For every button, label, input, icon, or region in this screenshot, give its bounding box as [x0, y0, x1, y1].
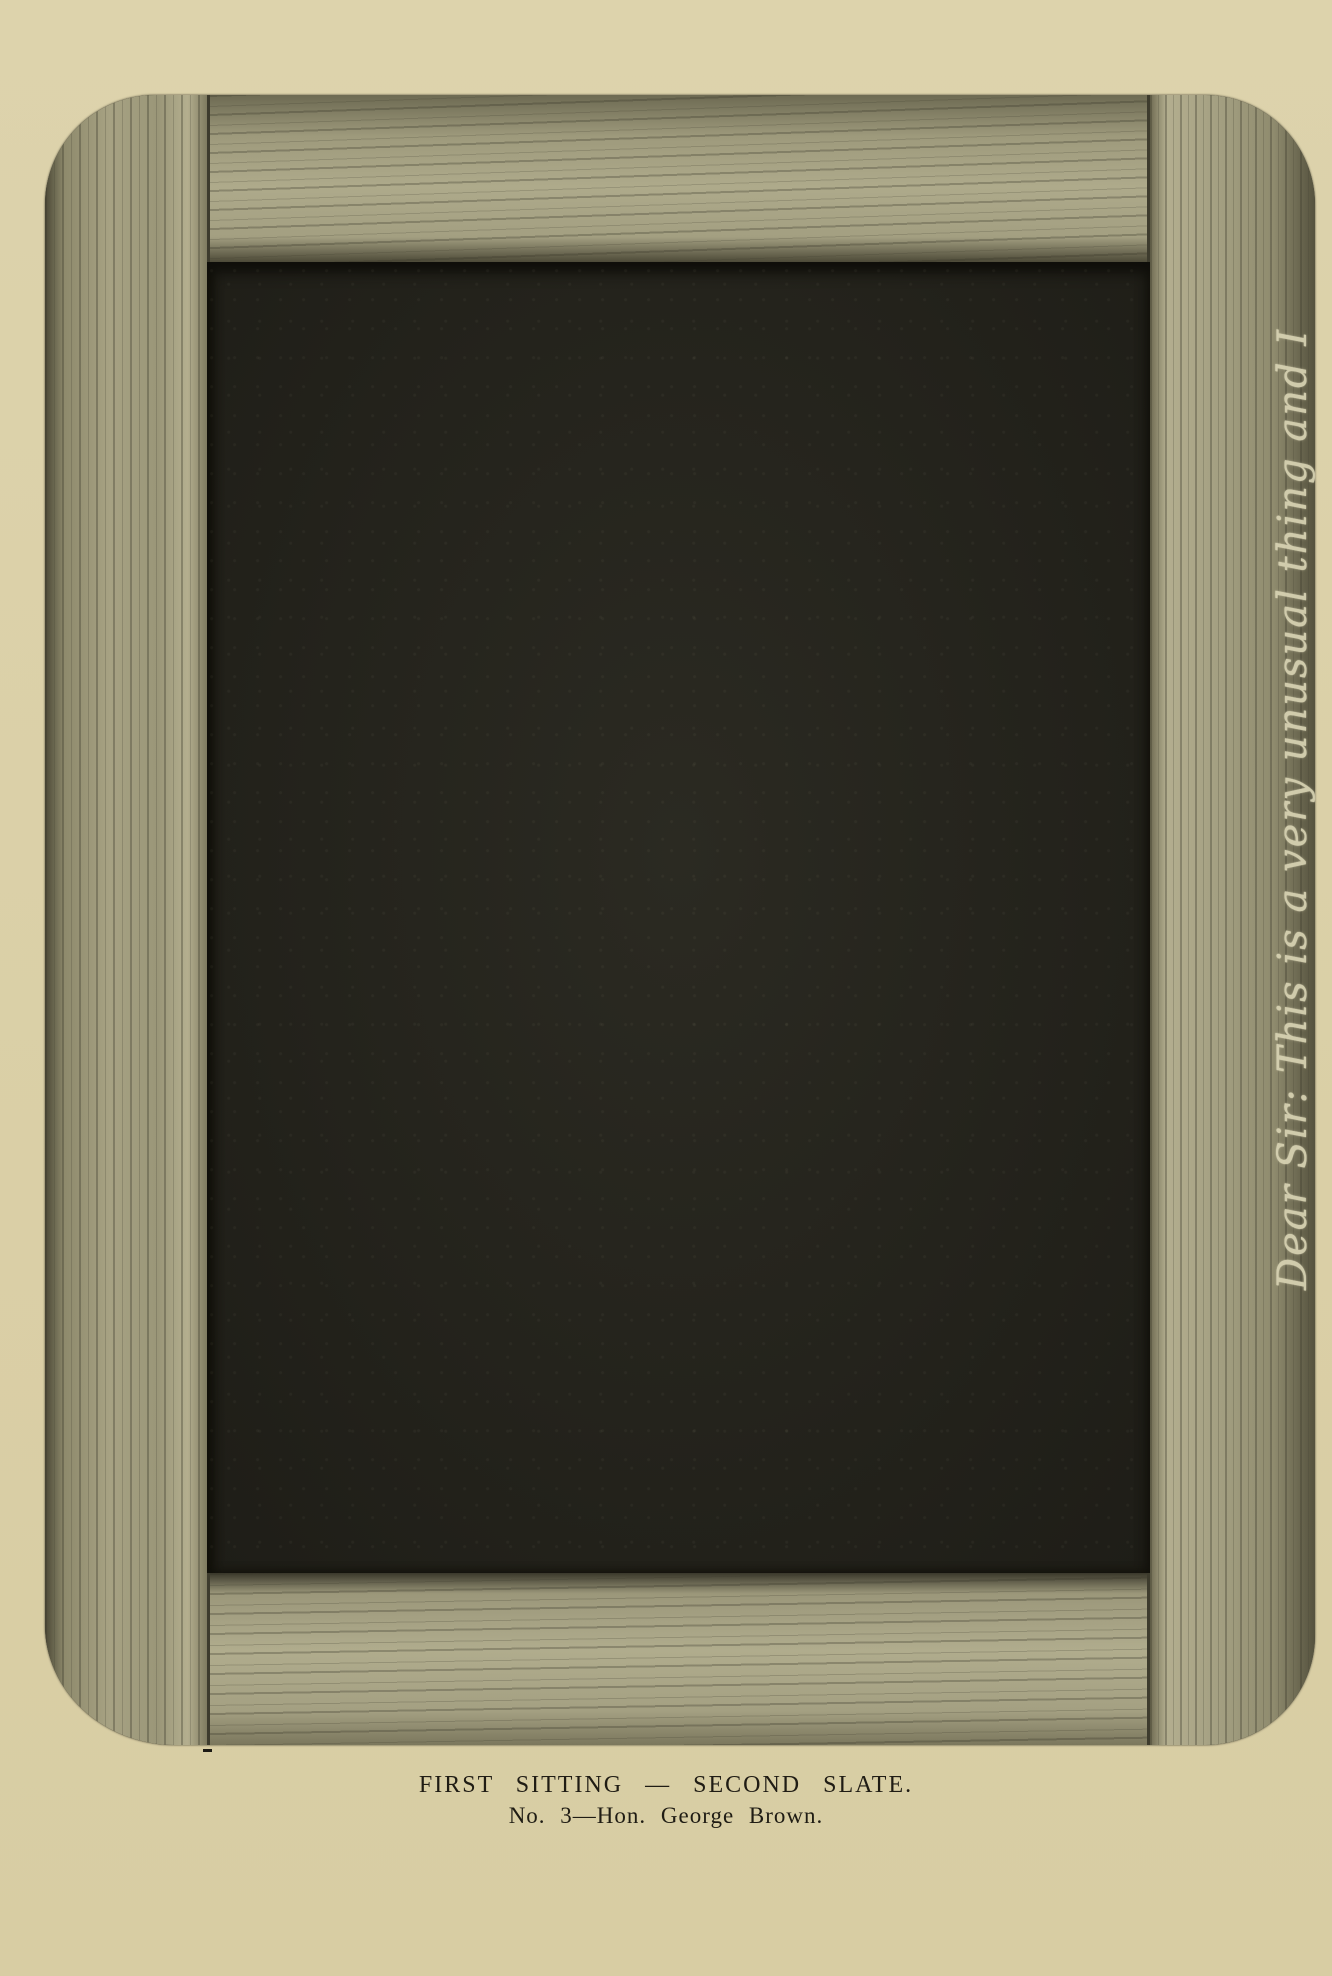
caption-subtitle: No. 3—Hon. George Brown. [0, 1803, 1332, 1829]
slate-frame-left [45, 95, 207, 1745]
caption-title: FIRST SITTING — SECOND SLATE. [0, 1772, 1332, 1799]
slate-frame-bottom [207, 1573, 1150, 1745]
print-mark [203, 1749, 212, 1752]
page: Dear Sir: This is a very unusual thing a… [0, 0, 1332, 1976]
chalk-line-1: Dear Sir: This is a very unusual thing a… [1270, 328, 1316, 1290]
slate-photograph [45, 95, 1315, 1745]
slate-frame-top [207, 95, 1150, 262]
figure-caption: FIRST SITTING — SECOND SLATE. No. 3—Hon.… [0, 1772, 1332, 1829]
slate-board [207, 262, 1150, 1573]
